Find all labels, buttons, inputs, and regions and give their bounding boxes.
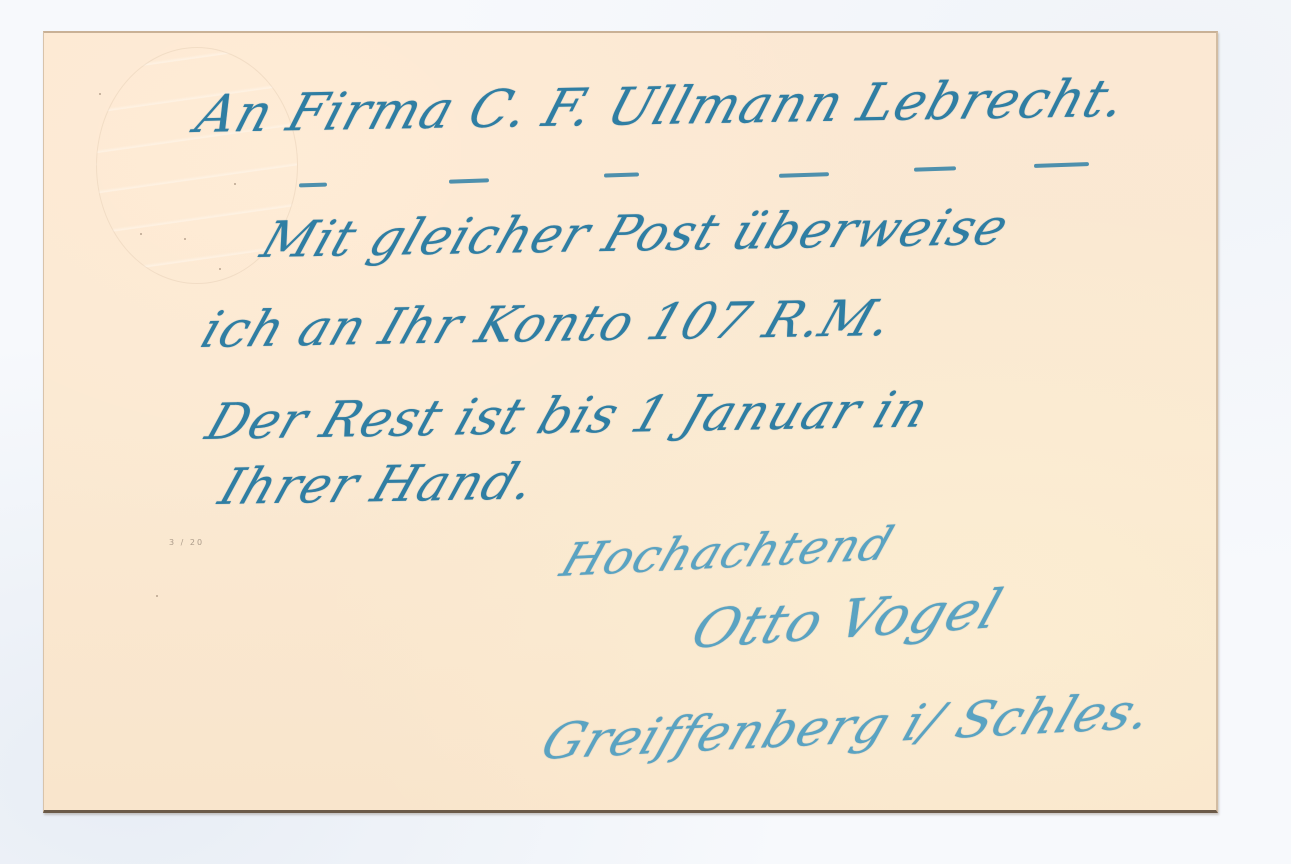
paper-speck — [184, 238, 186, 240]
address-underline — [779, 172, 829, 178]
address-underline — [299, 183, 327, 188]
address-underline — [449, 178, 489, 183]
postcard: 3 / 20 An Firma C. F. Ullmann Lebrecht. … — [43, 31, 1218, 813]
paper-speck — [140, 233, 142, 235]
pencil-margin-mark: 3 / 20 — [169, 538, 204, 547]
paper-speck — [99, 93, 101, 95]
message-line-2: ich an Ihr Konto 107 R.M. — [194, 289, 901, 359]
paper-speck — [234, 183, 236, 185]
signature: Otto Vogel — [684, 577, 1010, 661]
message-line-4: Ihrer Hand. — [212, 453, 544, 516]
paper-speck — [156, 595, 158, 597]
address-underline — [604, 172, 639, 177]
address-line: An Firma C. F. Ullmann Lebrecht. — [189, 69, 1134, 145]
address-underline — [1034, 162, 1089, 168]
paper-speck — [219, 268, 221, 270]
address-underline — [914, 166, 956, 171]
message-line-1: Mit gleicher Post überweise — [254, 198, 1017, 269]
message-line-3: Der Rest ist bis 1 Januar in — [199, 381, 937, 451]
sender-place: Greiffenberg i/ Schles. — [534, 682, 1161, 771]
closing-salutation: Hochachtend — [554, 516, 901, 587]
